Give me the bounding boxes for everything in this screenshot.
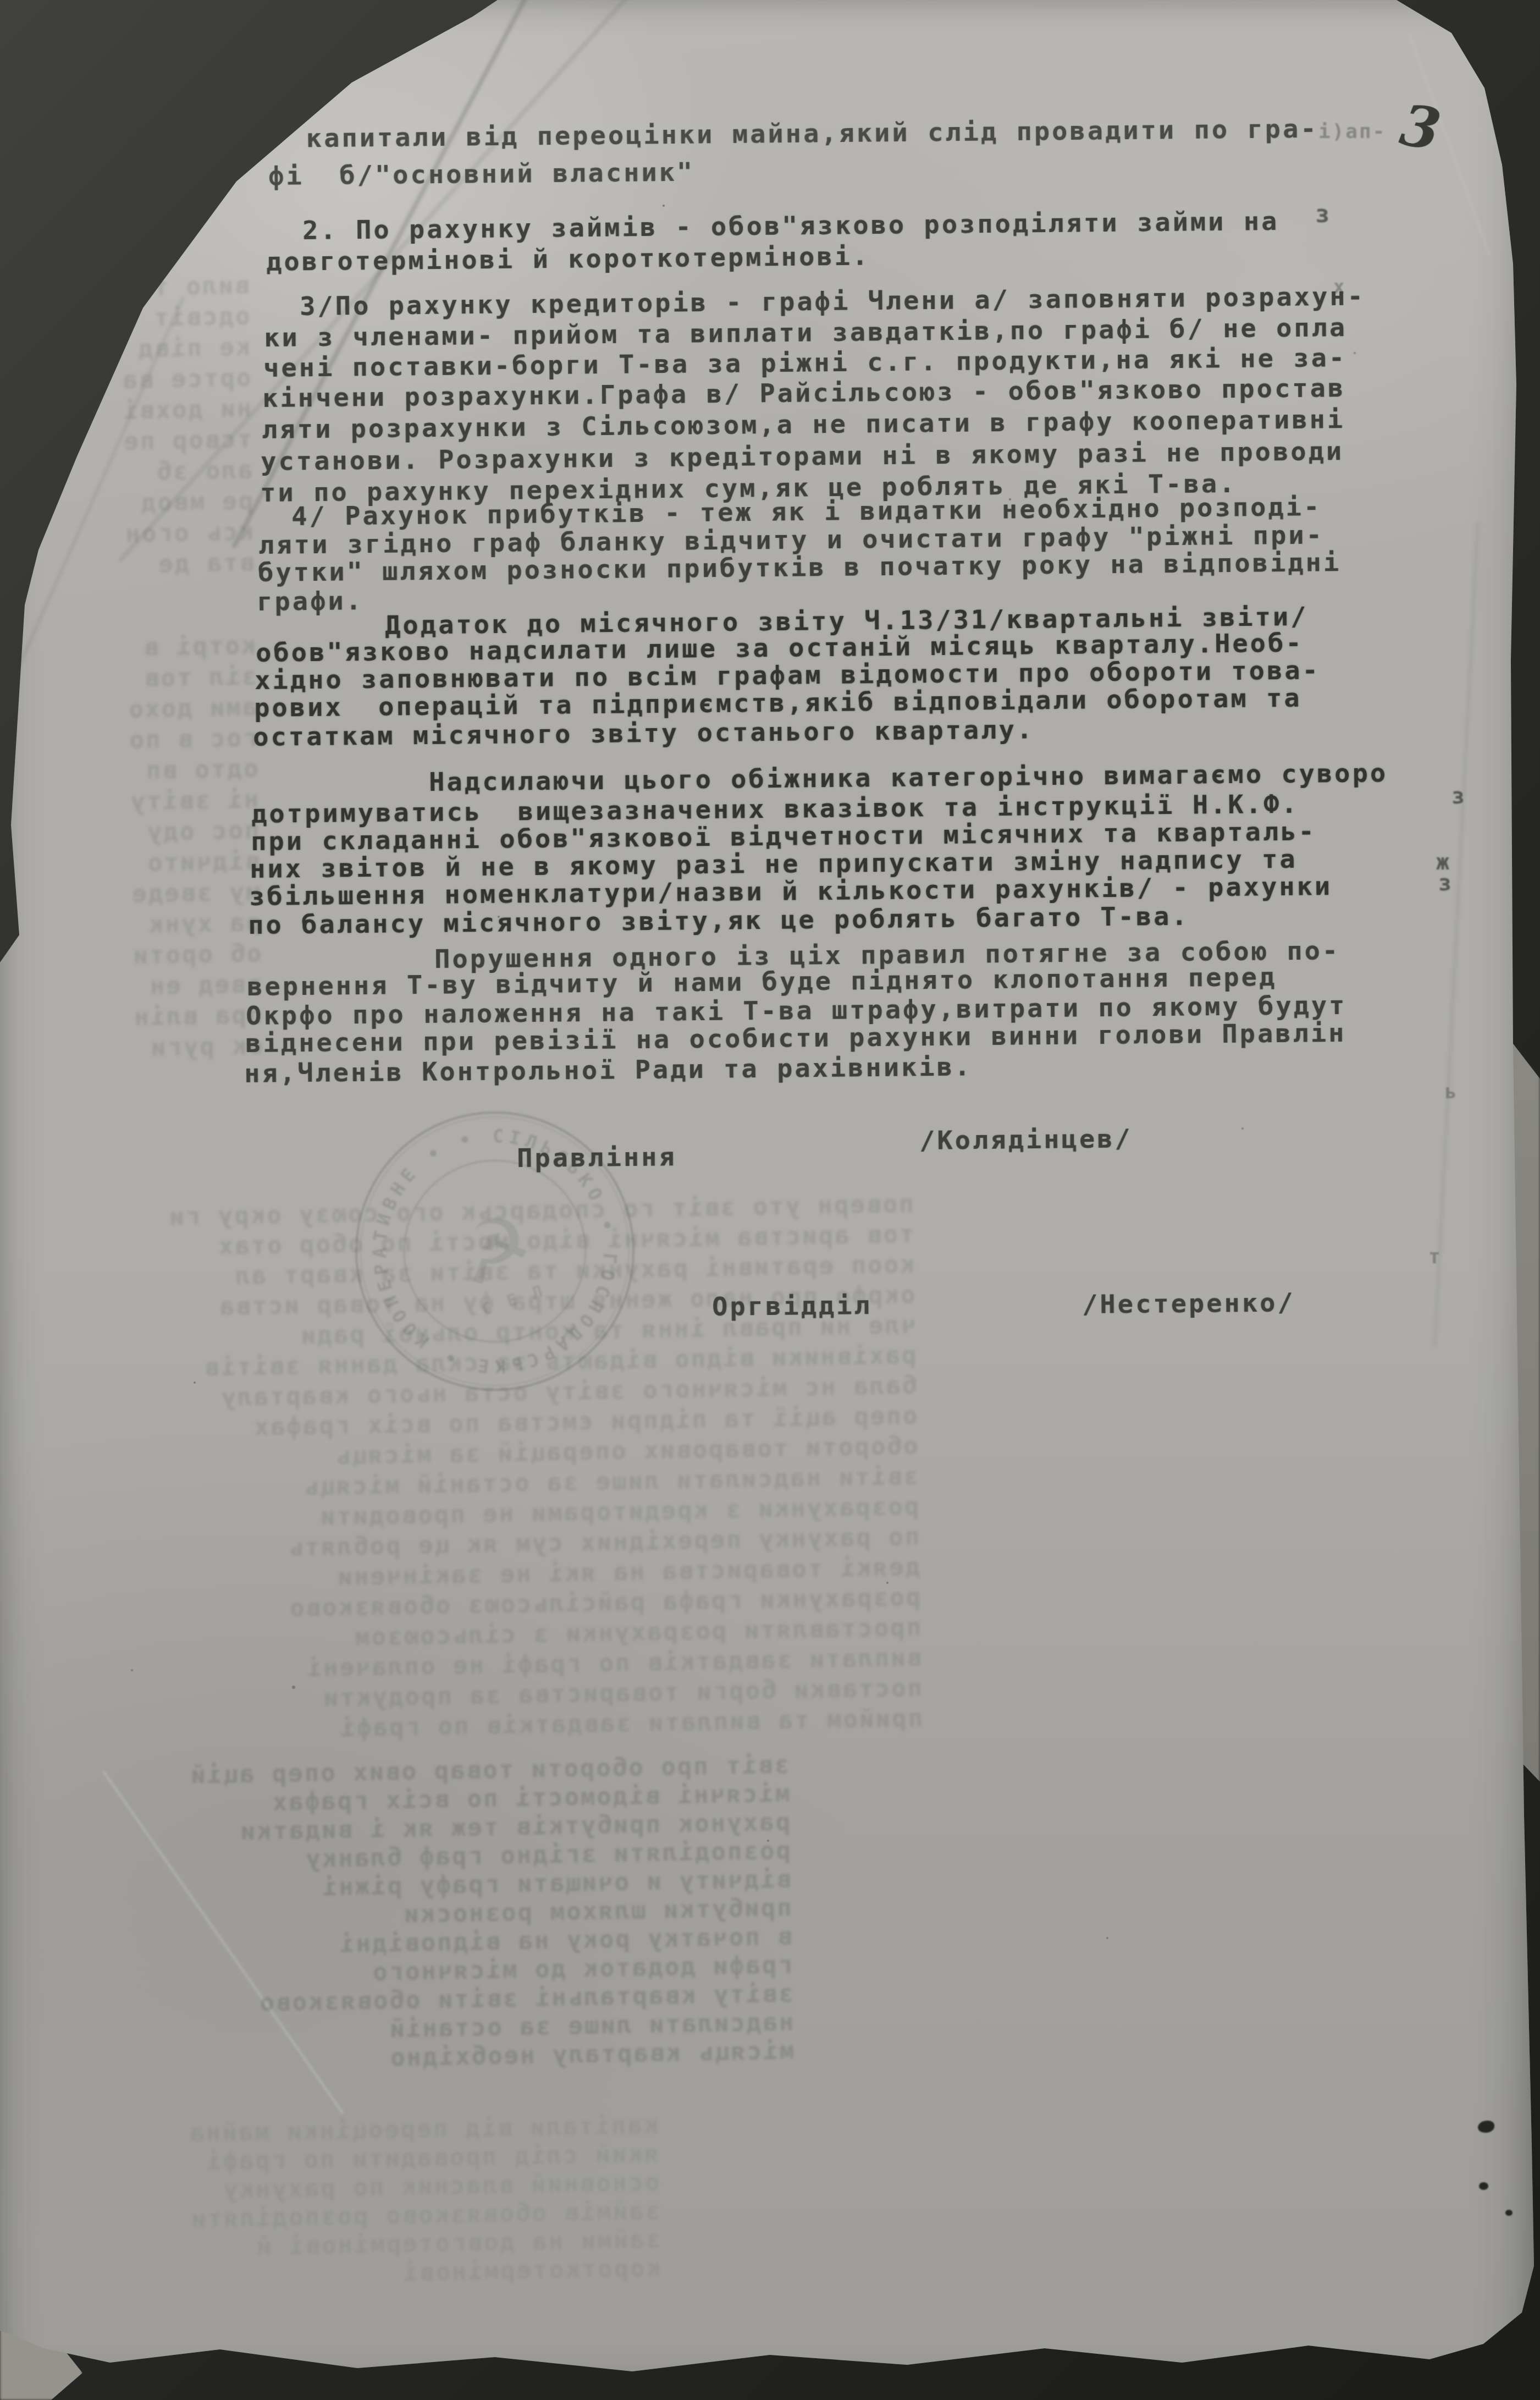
ink-fragment: і)ап- (1318, 122, 1386, 142)
signature-name-nesterenko: /Нестеренко/ (1082, 1289, 1295, 1318)
typed-line: графи. (257, 587, 363, 615)
typed-line: довготермінові й короткотермінові. (266, 243, 870, 276)
ink-fragment: т (1428, 1247, 1442, 1267)
signature-role-orgdept: Оргвідділ (712, 1292, 872, 1320)
paper-crease (1433, 522, 1480, 1346)
paper-specks (0, 0, 2, 2)
photo-background: вило тсаодсвіт нике півдортсе вани дохві… (0, 0, 1540, 2400)
typed-line: фі б/"основний власник" (268, 159, 695, 190)
paper-hole (1479, 2182, 1488, 2190)
bleedthrough-text: звіт про обороти товар ових опер аційміс… (63, 1751, 794, 2078)
bleedthrough-text: капітали від переоцінки майнаякий слід п… (75, 2111, 661, 2293)
ink-fragment: ь (1445, 1082, 1459, 1102)
bleedthrough-text: котрі взіл товами дохогос в поодто впні … (25, 630, 263, 1065)
signature-role-board: Правління (517, 1143, 677, 1172)
ink-fragment: ж (1436, 851, 1451, 873)
paper-hole (1505, 2210, 1513, 2216)
paper-hole (1478, 2121, 1494, 2133)
document-page: вило тсаодсвіт нике півдортсе вани дохві… (0, 0, 1540, 2400)
ink-fragment: з (1315, 202, 1332, 227)
typed-line: 2. По рахунку займів - обов"язково розпо… (302, 208, 1279, 244)
typed-line: - капитали від переоцінки майна,який слі… (271, 115, 1318, 153)
typed-line: остаткам місячного звіту останього кварт… (253, 716, 1034, 751)
ink-fragment: з (1438, 872, 1453, 894)
handwritten-page-number: 3 (1397, 97, 1445, 159)
signature-name-kolyadintsev: /Колядінцев/ (919, 1125, 1133, 1154)
typed-line: ня,Членів Контрольної Ради та рахівників… (244, 1053, 973, 1087)
ink-fragment: з (1451, 785, 1466, 807)
bleedthrough-text: вило тсаодсвіт нике півдортсе вани дохві… (29, 271, 255, 582)
